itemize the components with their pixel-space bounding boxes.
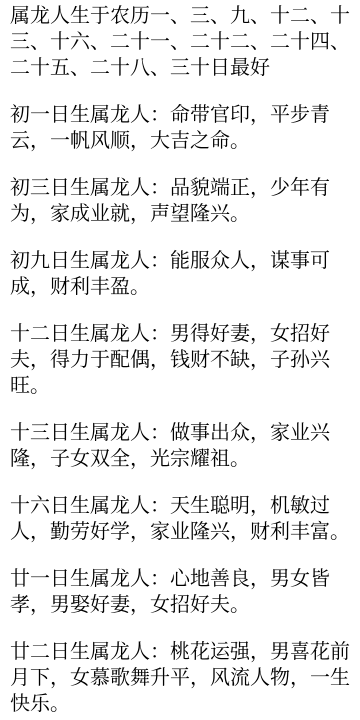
fortune-paragraph: 廿二日生属龙人：桃花运强，男喜花前月下，女慕歌舞升平，风流人物，一生快乐。 bbox=[10, 638, 354, 716]
fortune-paragraph: 初三日生属龙人：品貌端正，少年有为，家成业就，声望隆兴。 bbox=[10, 174, 354, 226]
text-line: 人，勤劳好学，家业隆兴，财利丰富。 bbox=[10, 518, 354, 544]
fortune-paragraph: 十二日生属龙人：男得好妻，女招好夫，得力于配偶，钱财不缺，子孙兴旺。 bbox=[10, 320, 354, 398]
text-line: 孝，男娶好妻，女招好夫。 bbox=[10, 591, 354, 617]
text-line: 十三日生属龙人：做事出众，家业兴 bbox=[10, 419, 354, 445]
text-line: 旺。 bbox=[10, 372, 354, 398]
text-line: 三、十六、二十一、二十二、二十四、 bbox=[10, 28, 354, 54]
text-line: 云，一帆风顺，大吉之命。 bbox=[10, 127, 354, 153]
paragraph-list: 属龙人生于农历一、三、九、十二、十三、十六、二十一、二十二、二十四、二十五、二十… bbox=[10, 2, 354, 716]
fortune-paragraph: 廿一日生属龙人：心地善良，男女皆孝，男娶好妻，女招好夫。 bbox=[10, 565, 354, 617]
text-line: 二十五、二十八、三十日最好 bbox=[10, 54, 354, 80]
text-line: 月下，女慕歌舞升平，风流人物，一生 bbox=[10, 664, 354, 690]
fortune-paragraph: 十三日生属龙人：做事出众，家业兴隆，子女双全，光宗耀祖。 bbox=[10, 419, 354, 471]
intro-paragraph: 属龙人生于农历一、三、九、十二、十三、十六、二十一、二十二、二十四、二十五、二十… bbox=[10, 2, 354, 80]
text-line: 属龙人生于农历一、三、九、十二、十 bbox=[10, 2, 354, 28]
text-line: 初三日生属龙人：品貌端正，少年有 bbox=[10, 174, 354, 200]
text-line: 成，财利丰盈。 bbox=[10, 273, 354, 299]
article-body: 属龙人生于农历一、三、九、十二、十三、十六、二十一、二十二、二十四、二十五、二十… bbox=[0, 0, 360, 720]
text-line: 隆，子女双全，光宗耀祖。 bbox=[10, 445, 354, 471]
text-line: 廿一日生属龙人：心地善良，男女皆 bbox=[10, 565, 354, 591]
text-line: 廿二日生属龙人：桃花运强，男喜花前 bbox=[10, 638, 354, 664]
text-line: 快乐。 bbox=[10, 690, 354, 716]
text-line: 十二日生属龙人：男得好妻，女招好 bbox=[10, 320, 354, 346]
fortune-paragraph: 十六日生属龙人：天生聪明，机敏过人，勤劳好学，家业隆兴，财利丰富。 bbox=[10, 492, 354, 544]
text-line: 初九日生属龙人：能服众人，谋事可 bbox=[10, 247, 354, 273]
text-line: 十六日生属龙人：天生聪明，机敏过 bbox=[10, 492, 354, 518]
text-line: 为，家成业就，声望隆兴。 bbox=[10, 200, 354, 226]
fortune-paragraph: 初九日生属龙人：能服众人，谋事可成，财利丰盈。 bbox=[10, 247, 354, 299]
fortune-paragraph: 初一日生属龙人：命带官印，平步青云，一帆风顺，大吉之命。 bbox=[10, 101, 354, 153]
text-line: 初一日生属龙人：命带官印，平步青 bbox=[10, 101, 354, 127]
text-line: 夫，得力于配偶，钱财不缺，子孙兴 bbox=[10, 346, 354, 372]
